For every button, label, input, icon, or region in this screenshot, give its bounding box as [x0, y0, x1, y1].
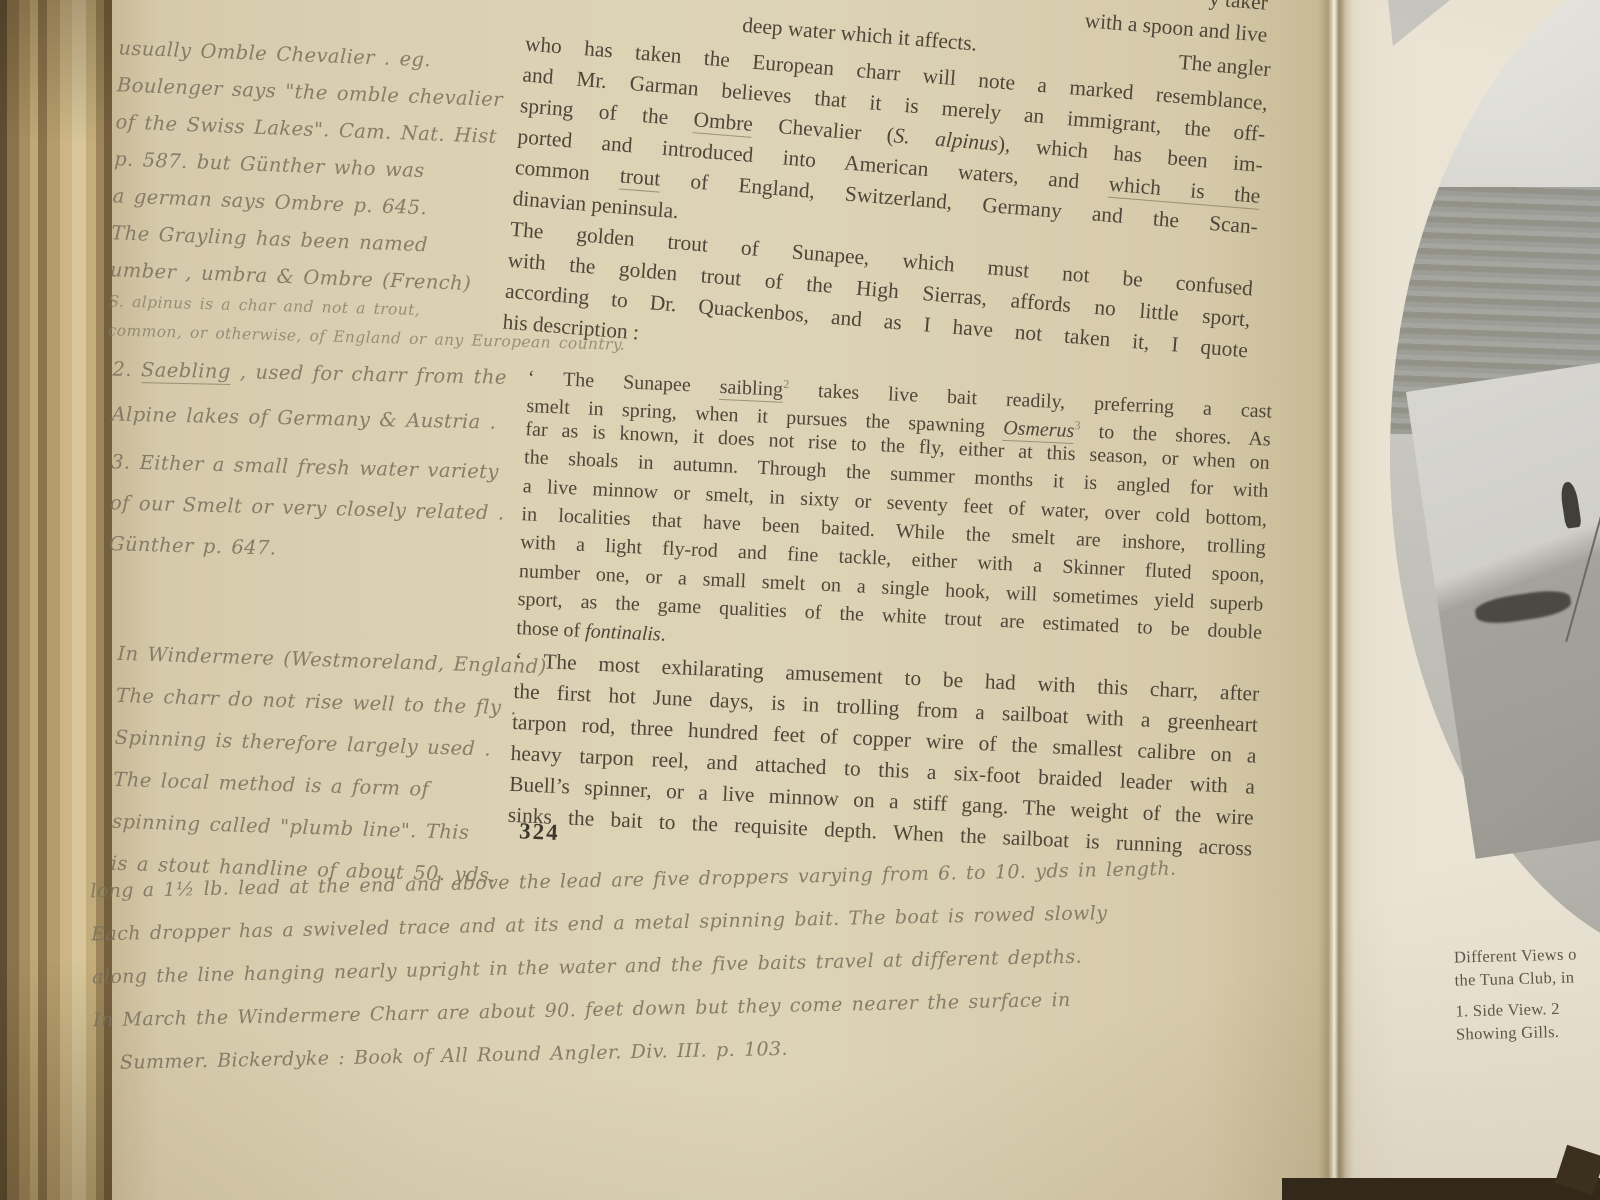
marginalia-note-4: In Windermere (Westmoreland, England)The…: [110, 633, 578, 899]
printed-fragment: with a spoon and live: [1084, 8, 1268, 48]
page-gutter-crease: [1318, 0, 1352, 1200]
table-background: [1282, 1178, 1600, 1200]
marginalia-note-2: 2. Saebling , used for charr from theAlp…: [111, 347, 633, 448]
marginalia-note-1: usually Omble Chevalier . eg.Boulenger s…: [109, 29, 679, 309]
caption-line: the Tuna Club, in: [1454, 964, 1600, 992]
photo-sky: [1390, 0, 1600, 187]
printed-quote-paragraph-2: ‘ The most exhilarating amusement to be …: [507, 645, 1260, 865]
printed-fragment: y taker: [1208, 0, 1269, 16]
marginalia-bottom-note: long a 1½ lb. lead at the end and above …: [90, 846, 1274, 1086]
plate-caption: Different Views o the Tuna Club, in 1. S…: [1454, 941, 1600, 1045]
photo-crowd: [1474, 587, 1573, 627]
marginalia-note-3: 3. Either a small fresh water varietyof …: [108, 441, 631, 578]
book-photograph: Different Views o the Tuna Club, in 1. S…: [0, 0, 1600, 1200]
printed-fragment: The angler: [1178, 50, 1272, 82]
caption-line: Showing Gills.: [1456, 1018, 1600, 1046]
photo-figure: [1559, 481, 1582, 529]
